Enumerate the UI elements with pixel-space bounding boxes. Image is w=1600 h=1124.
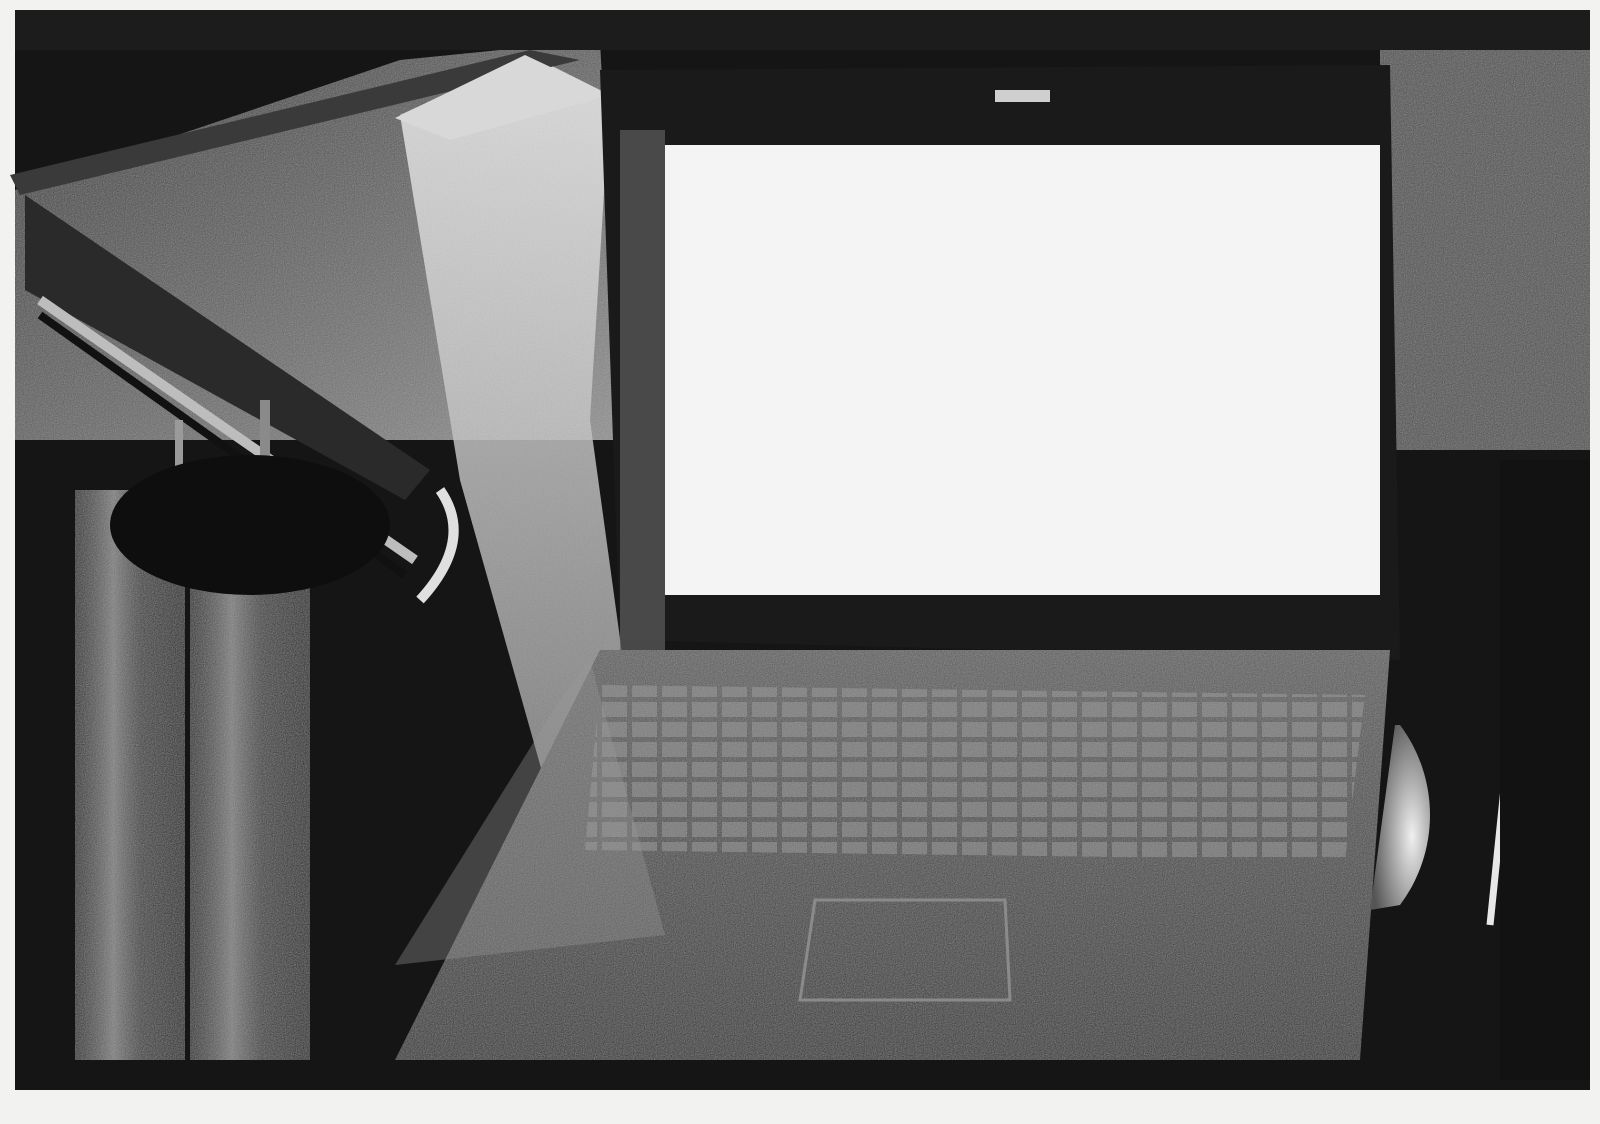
webcam [995, 90, 1050, 102]
keyboard [585, 685, 1365, 860]
laptop-screen [665, 145, 1380, 595]
charcoal-artwork [0, 0, 1600, 1124]
